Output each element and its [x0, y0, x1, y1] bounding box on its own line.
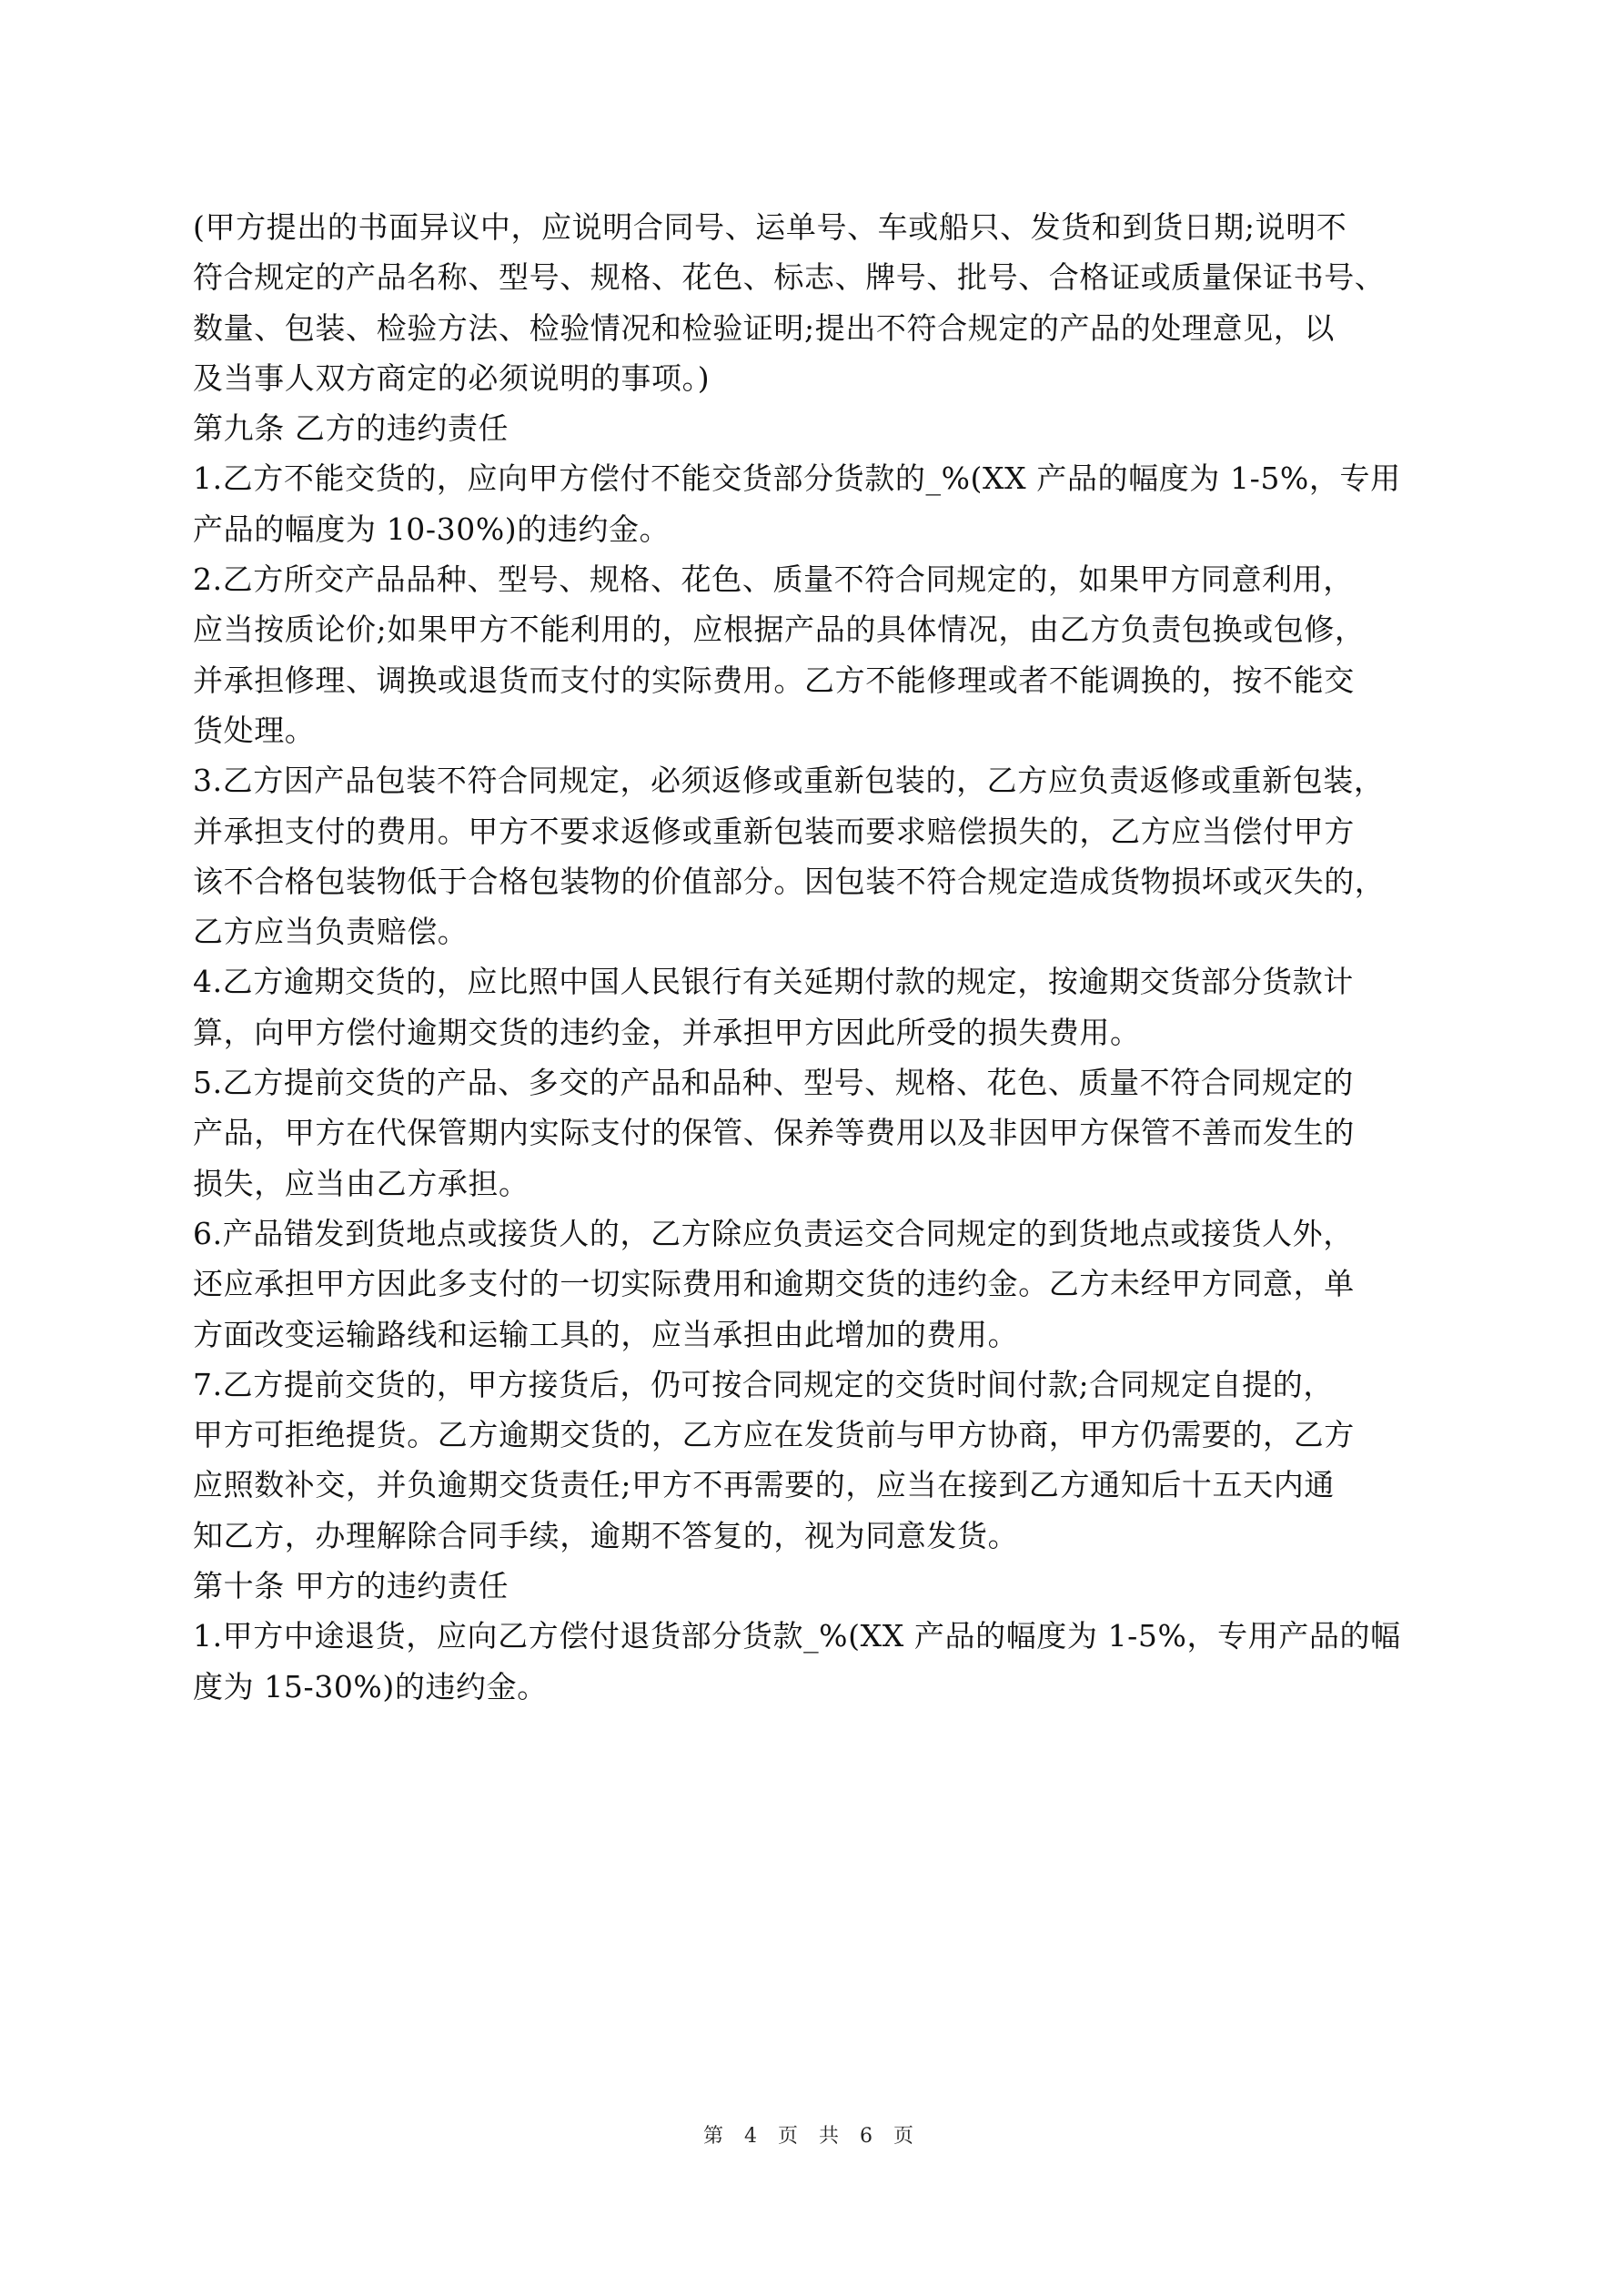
text-line: 算，向甲方偿付逾期交货的违约金，并承担甲方因此所受的损失费用。: [193, 1007, 1448, 1057]
article-9-heading: 第九条 乙方的违约责任: [193, 403, 1448, 453]
text-line: 该不合格包装物低于合格包装物的价值部分。因包装不符合规定造成货物损坏或灭失的，: [193, 856, 1448, 906]
article-10-item-1: 1.甲方中途退货，应向乙方偿付退货部分货款_%(XX 产品的幅度为 1-5%，专…: [193, 1611, 1448, 1712]
section-heading: 第九条 乙方的违约责任: [193, 403, 1448, 453]
text-line: 应当按质论价;如果甲方不能利用的，应根据产品的具体情况，由乙方负责包换或包修，: [193, 604, 1448, 654]
text-line: 6.产品错发到货地点或接货人的，乙方除应负责运交合同规定的到货地点或接货人外，: [193, 1209, 1448, 1259]
text-line: 2.乙方所交产品品种、型号、规格、花色、质量不符合同规定的，如果甲方同意利用，: [193, 554, 1448, 604]
article-9-item-2: 2.乙方所交产品品种、型号、规格、花色、质量不符合同规定的，如果甲方同意利用， …: [193, 554, 1448, 755]
text-line: 4.乙方逾期交货的，应比照中国人民银行有关延期付款的规定，按逾期交货部分货款计: [193, 956, 1448, 1006]
article-9-item-4: 4.乙方逾期交货的，应比照中国人民银行有关延期付款的规定，按逾期交货部分货款计 …: [193, 956, 1448, 1057]
text-line: 5.乙方提前交货的产品、多交的产品和品种、型号、规格、花色、质量不符合同规定的: [193, 1057, 1448, 1108]
text-line: 数量、包装、检验方法、检验情况和检验证明;提出不符合规定的产品的处理意见，以: [193, 303, 1448, 353]
document-body: (甲方提出的书面异议中，应说明合同号、运单号、车或船只、发货和到货日期;说明不 …: [193, 202, 1448, 1712]
text-line: 乙方应当负责赔偿。: [193, 906, 1448, 956]
text-line: 度为 15-30%)的违约金。: [193, 1662, 1448, 1712]
text-line: 1.甲方中途退货，应向乙方偿付退货部分货款_%(XX 产品的幅度为 1-5%，专…: [193, 1611, 1448, 1661]
text-line: (甲方提出的书面异议中，应说明合同号、运单号、车或船只、发货和到货日期;说明不: [193, 202, 1448, 252]
text-line: 及当事人双方商定的必须说明的事项。): [193, 353, 1448, 403]
article-10-heading: 第十条 甲方的违约责任: [193, 1561, 1448, 1611]
article-9-item-5: 5.乙方提前交货的产品、多交的产品和品种、型号、规格、花色、质量不符合同规定的 …: [193, 1057, 1448, 1209]
text-line: 7.乙方提前交货的，甲方接货后，仍可按合同规定的交货时间付款;合同规定自提的，: [193, 1360, 1448, 1410]
article-9-item-6: 6.产品错发到货地点或接货人的，乙方除应负责运交合同规定的到货地点或接货人外， …: [193, 1209, 1448, 1360]
text-line: 符合规定的产品名称、型号、规格、花色、标志、牌号、批号、合格证或质量保证书号、: [193, 252, 1448, 302]
text-line: 应照数补交，并负逾期交货责任;甲方不再需要的，应当在接到乙方通知后十五天内通: [193, 1460, 1448, 1510]
text-line: 并承担修理、调换或退货而支付的实际费用。乙方不能修理或者不能调换的，按不能交: [193, 655, 1448, 705]
page-number-footer: 第 4 页 共 6 页: [0, 2120, 1624, 2149]
objection-note-paragraph: (甲方提出的书面异议中，应说明合同号、运单号、车或船只、发货和到货日期;说明不 …: [193, 202, 1448, 403]
text-line: 并承担支付的费用。甲方不要求返修或重新包装而要求赔偿损失的，乙方应当偿付甲方: [193, 806, 1448, 856]
document-page: (甲方提出的书面异议中，应说明合同号、运单号、车或船只、发货和到货日期;说明不 …: [0, 0, 1624, 2296]
text-line: 方面改变运输路线和运输工具的，应当承担由此增加的费用。: [193, 1310, 1448, 1360]
text-line: 损失，应当由乙方承担。: [193, 1158, 1448, 1209]
text-line: 产品，甲方在代保管期内实际支付的保管、保养等费用以及非因甲方保管不善而发生的: [193, 1108, 1448, 1158]
text-line: 1.乙方不能交货的，应向甲方偿付不能交货部分货款的_%(XX 产品的幅度为 1-…: [193, 453, 1448, 503]
article-9-item-1: 1.乙方不能交货的，应向甲方偿付不能交货部分货款的_%(XX 产品的幅度为 1-…: [193, 453, 1448, 554]
section-heading: 第十条 甲方的违约责任: [193, 1561, 1448, 1611]
text-line: 还应承担甲方因此多支付的一切实际费用和逾期交货的违约金。乙方未经甲方同意，单: [193, 1259, 1448, 1309]
text-line: 甲方可拒绝提货。乙方逾期交货的，乙方应在发货前与甲方协商，甲方仍需要的，乙方: [193, 1410, 1448, 1460]
text-line: 知乙方，办理解除合同手续，逾期不答复的，视为同意发货。: [193, 1511, 1448, 1561]
text-line: 3.乙方因产品包装不符合同规定，必须返修或重新包装的，乙方应负责返修或重新包装，: [193, 755, 1448, 805]
article-9-item-7: 7.乙方提前交货的，甲方接货后，仍可按合同规定的交货时间付款;合同规定自提的， …: [193, 1360, 1448, 1561]
text-line: 产品的幅度为 10-30%)的违约金。: [193, 504, 1448, 554]
article-9-item-3: 3.乙方因产品包装不符合同规定，必须返修或重新包装的，乙方应负责返修或重新包装，…: [193, 755, 1448, 956]
text-line: 货处理。: [193, 705, 1448, 755]
